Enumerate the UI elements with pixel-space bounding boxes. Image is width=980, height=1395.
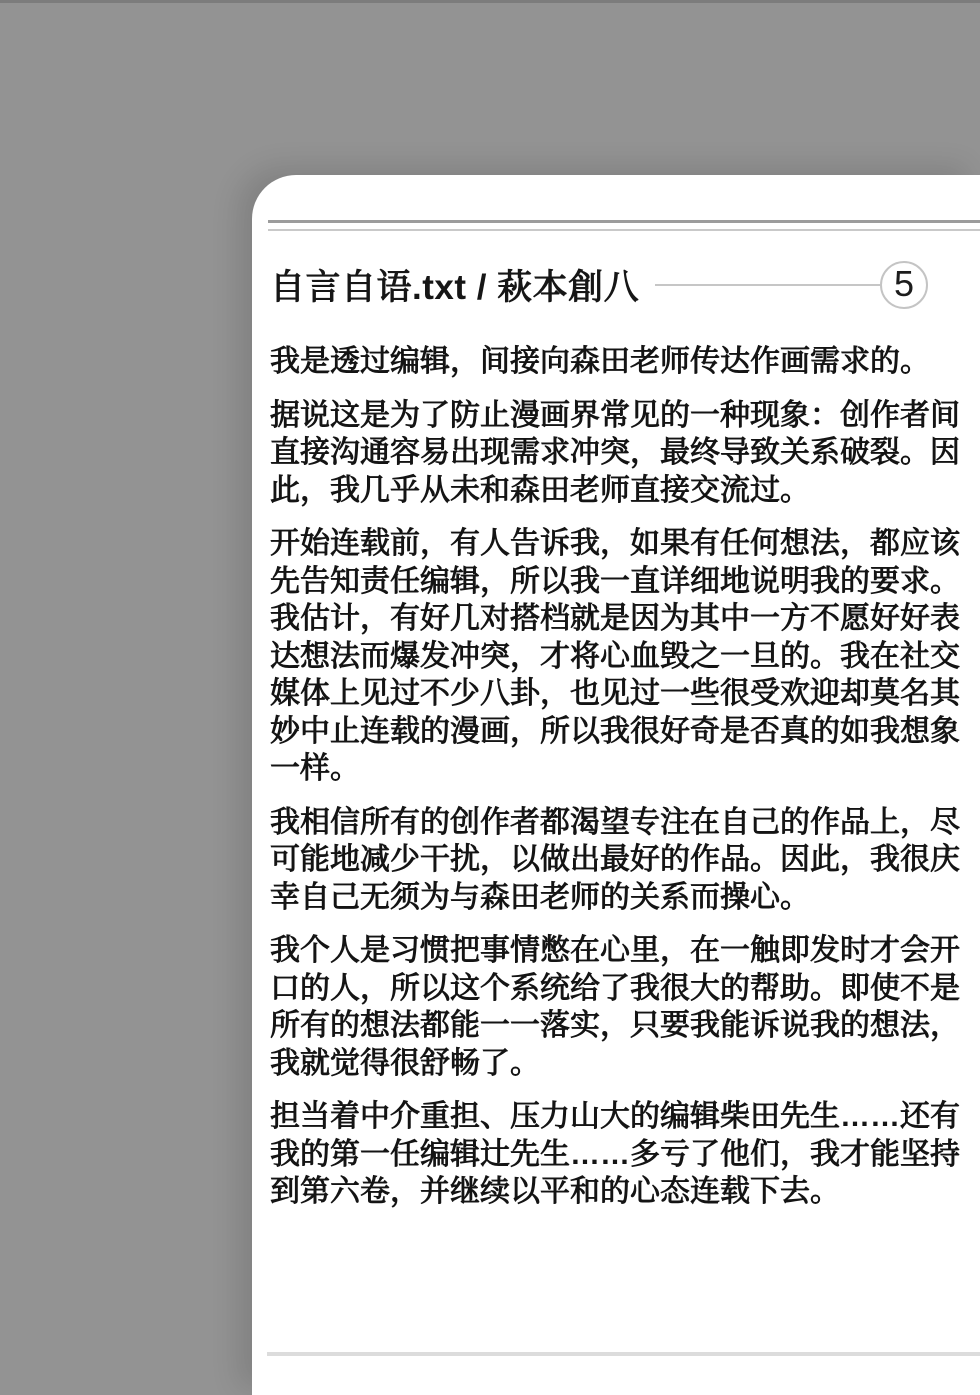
document-title: 自言自语.txt / 萩本創八 xyxy=(270,260,639,310)
footer-rule xyxy=(267,1352,980,1356)
header-connector-line xyxy=(655,284,880,286)
paragraph: 我相信所有的创作者都渴望专注在自己的作品上，尽可能地减少干扰，以做出最好的作品。… xyxy=(270,804,960,917)
top-status-strip xyxy=(0,0,980,3)
page-content: 我是透过编辑，间接向森田老师传达作画需求的。 据说这是为了防止漫画界常见的一种现… xyxy=(270,343,960,1227)
page-header: 自言自语.txt / 萩本創八 5 xyxy=(270,257,928,313)
reader-background: 自言自语.txt / 萩本創八 5 我是透过编辑，间接向森田老师传达作画需求的。… xyxy=(0,0,980,1395)
header-rule-light xyxy=(268,229,980,231)
paragraph: 担当着中介重担、压力山大的编辑柴田先生……还有我的第一任编辑辻先生……多亏了他们… xyxy=(270,1098,960,1211)
paragraph: 我是透过编辑，间接向森田老师传达作画需求的。 xyxy=(270,343,960,381)
header-rule-dark xyxy=(268,220,980,223)
paragraph: 开始连载前，有人告诉我，如果有任何想法，都应该先告知责任编辑，所以我一直详细地说… xyxy=(270,525,960,788)
page-card[interactable]: 自言自语.txt / 萩本創八 5 我是透过编辑，间接向森田老师传达作画需求的。… xyxy=(252,175,980,1395)
paragraph: 我个人是习惯把事情憋在心里，在一触即发时才会开口的人，所以这个系统给了我很大的帮… xyxy=(270,932,960,1082)
page-number-badge[interactable]: 5 xyxy=(880,261,928,309)
paragraph: 据说这是为了防止漫画界常见的一种现象：创作者间直接沟通容易出现需求冲突，最终导致… xyxy=(270,397,960,510)
